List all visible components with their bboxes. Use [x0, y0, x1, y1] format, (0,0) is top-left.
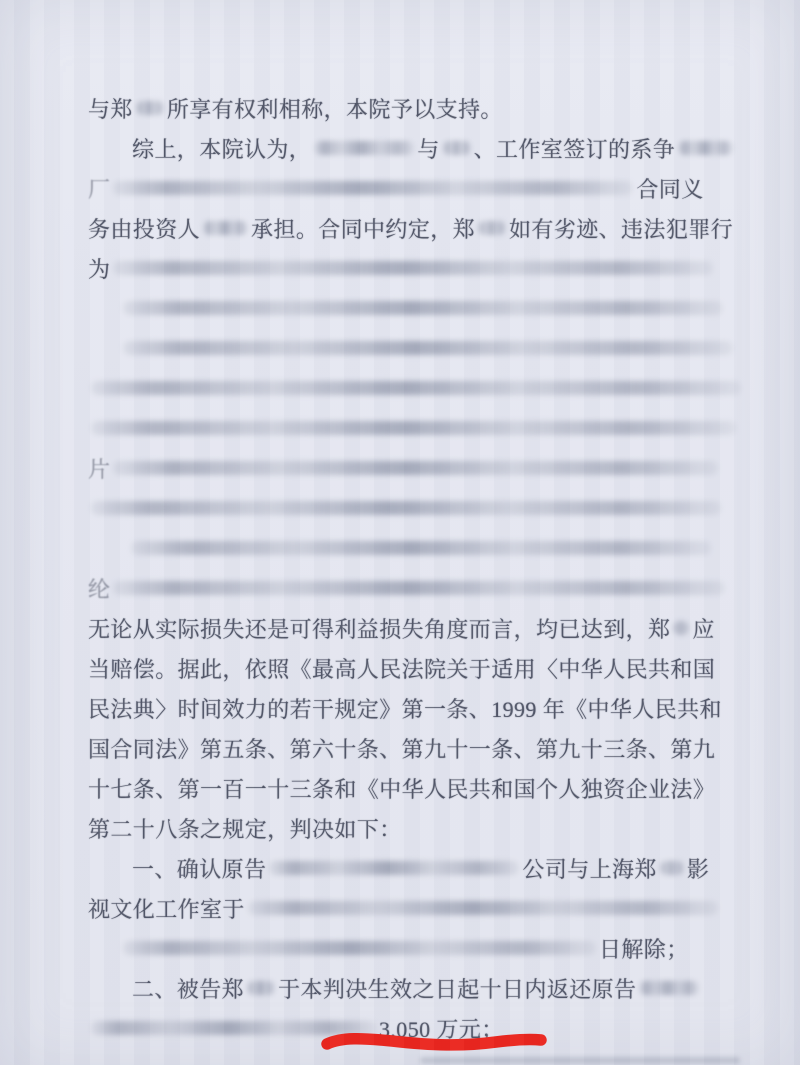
text-line: 民法典〉时间效力的若干规定》第一条、1999 年《中华人民共和 — [88, 688, 740, 728]
text-line: 片 — [88, 448, 740, 488]
redaction-blur — [678, 141, 733, 155]
text-segment: 无论从实际损失还是可得利益损失角度而言，均已达到，郑 — [88, 613, 670, 644]
text-line: 务由投资人承担。合同中约定，郑如有劣迹、违法犯罪行 — [88, 208, 740, 248]
text-line — [88, 408, 740, 448]
redaction-blur — [91, 381, 741, 395]
text-segment: 国合同法》第五条、第六十条、第九十一条、第九十三条、第九 — [88, 733, 715, 764]
redaction-blur — [113, 261, 713, 275]
redaction-blur — [269, 861, 519, 875]
document-page: 与郑所享有权利相称，本院予以支持。综上，本院认为，与、工作室签订的系争厂合同义务… — [0, 0, 800, 1065]
text-segment: 综上，本院认为， — [132, 133, 311, 164]
redaction-blur — [673, 621, 689, 635]
text-segment: 纶 — [88, 573, 110, 604]
cropped-text-edge — [420, 1057, 740, 1064]
text-segment: 如有劣迹、违法犯罪行 — [509, 213, 733, 244]
redaction-blur — [91, 421, 736, 435]
redaction-blur — [91, 1021, 376, 1035]
text-line — [88, 528, 740, 568]
text-segment: 厂 — [88, 173, 110, 204]
text-line: 一、确认原告公司与上海郑影 — [88, 848, 740, 888]
text-line: 当赔偿。据此，依照《最高人民法院关于适用〈中华人民共和国 — [88, 648, 740, 688]
text-segment: 片 — [88, 453, 110, 484]
redaction-blur — [131, 541, 711, 555]
text-line — [88, 488, 740, 528]
text-segment: 十七条、第一百一十三条和《中华人民共和国个人独资企业法》 — [88, 773, 715, 804]
text-line: 国合同法》第五条、第六十条、第九十一条、第九十三条、第九 — [88, 728, 740, 768]
text-segment: 于本判决生效之日起十日内返还原告 — [278, 973, 636, 1004]
text-line: 无论从实际损失还是可得利益损失角度而言，均已达到，郑应 — [88, 608, 740, 648]
redaction-blur — [123, 301, 723, 315]
redaction-blur — [248, 901, 718, 915]
redaction-blur — [113, 461, 718, 475]
text-line — [88, 328, 740, 368]
text-segment: 3,050 万元； — [379, 1013, 504, 1044]
redaction-blur — [639, 981, 699, 995]
text-line: 纶 — [88, 568, 740, 608]
text-segment: 公司与上海郑 — [522, 853, 656, 884]
redaction-blur — [203, 221, 248, 235]
redaction-blur — [478, 221, 506, 235]
text-line — [88, 368, 740, 408]
text-line: 综上，本院认为，与、工作室签订的系争 — [88, 128, 740, 168]
text-line: 与郑所享有权利相称，本院予以支持。 — [88, 88, 740, 128]
text-segment: 与 — [417, 133, 439, 164]
text-segment: 与郑 — [88, 93, 133, 124]
text-segment: 一、确认原告 — [132, 853, 266, 884]
text-segment: 承担。合同中约定，郑 — [251, 213, 475, 244]
redaction-blur — [113, 581, 725, 595]
text-line: 3,050 万元； — [88, 1008, 740, 1048]
text-line: 厂合同义 — [88, 168, 740, 208]
redaction-blur — [91, 501, 721, 515]
redaction-blur — [443, 141, 471, 155]
text-segment: 合同义 — [636, 173, 703, 204]
text-segment: 视文化工作室于 — [88, 893, 245, 924]
redaction-blur — [123, 941, 596, 955]
text-line: 二、被告郑于本判决生效之日起十日内返还原告 — [88, 968, 740, 1008]
redaction-blur — [113, 181, 633, 195]
text-line: 视文化工作室于 — [88, 888, 740, 928]
redaction-blur — [136, 101, 164, 115]
text-segment: 为 — [88, 253, 110, 284]
text-segment: 日解除； — [599, 933, 689, 964]
text-line: 第二十八条之规定，判决如下： — [88, 808, 740, 848]
text-segment: 二、被告郑 — [132, 973, 244, 1004]
text-line: 日解除； — [88, 928, 740, 968]
text-line: 十七条、第一百一十三条和《中华人民共和国个人独资企业法》 — [88, 768, 740, 808]
redaction-blur — [660, 861, 684, 875]
text-segment: 当赔偿。据此，依照《最高人民法院关于适用〈中华人民共和国 — [88, 653, 715, 684]
text-line — [88, 288, 740, 328]
redaction-blur — [247, 981, 275, 995]
redaction-blur — [123, 341, 733, 355]
redaction-blur — [314, 141, 414, 155]
text-segment: 第二十八条之规定，判决如下： — [88, 813, 402, 844]
text-segment: 民法典〉时间效力的若干规定》第一条、1999 年《中华人民共和 — [88, 693, 722, 724]
text-segment: 应 — [692, 613, 714, 644]
text-segment: 、工作室签订的系争 — [474, 133, 676, 164]
document-body: 与郑所享有权利相称，本院予以支持。综上，本院认为，与、工作室签订的系争厂合同义务… — [0, 0, 800, 1048]
text-segment: 所享有权利相称，本院予以支持。 — [167, 93, 503, 124]
text-line: 为 — [88, 248, 740, 288]
text-segment: 影 — [687, 853, 709, 884]
text-segment: 务由投资人 — [88, 213, 200, 244]
